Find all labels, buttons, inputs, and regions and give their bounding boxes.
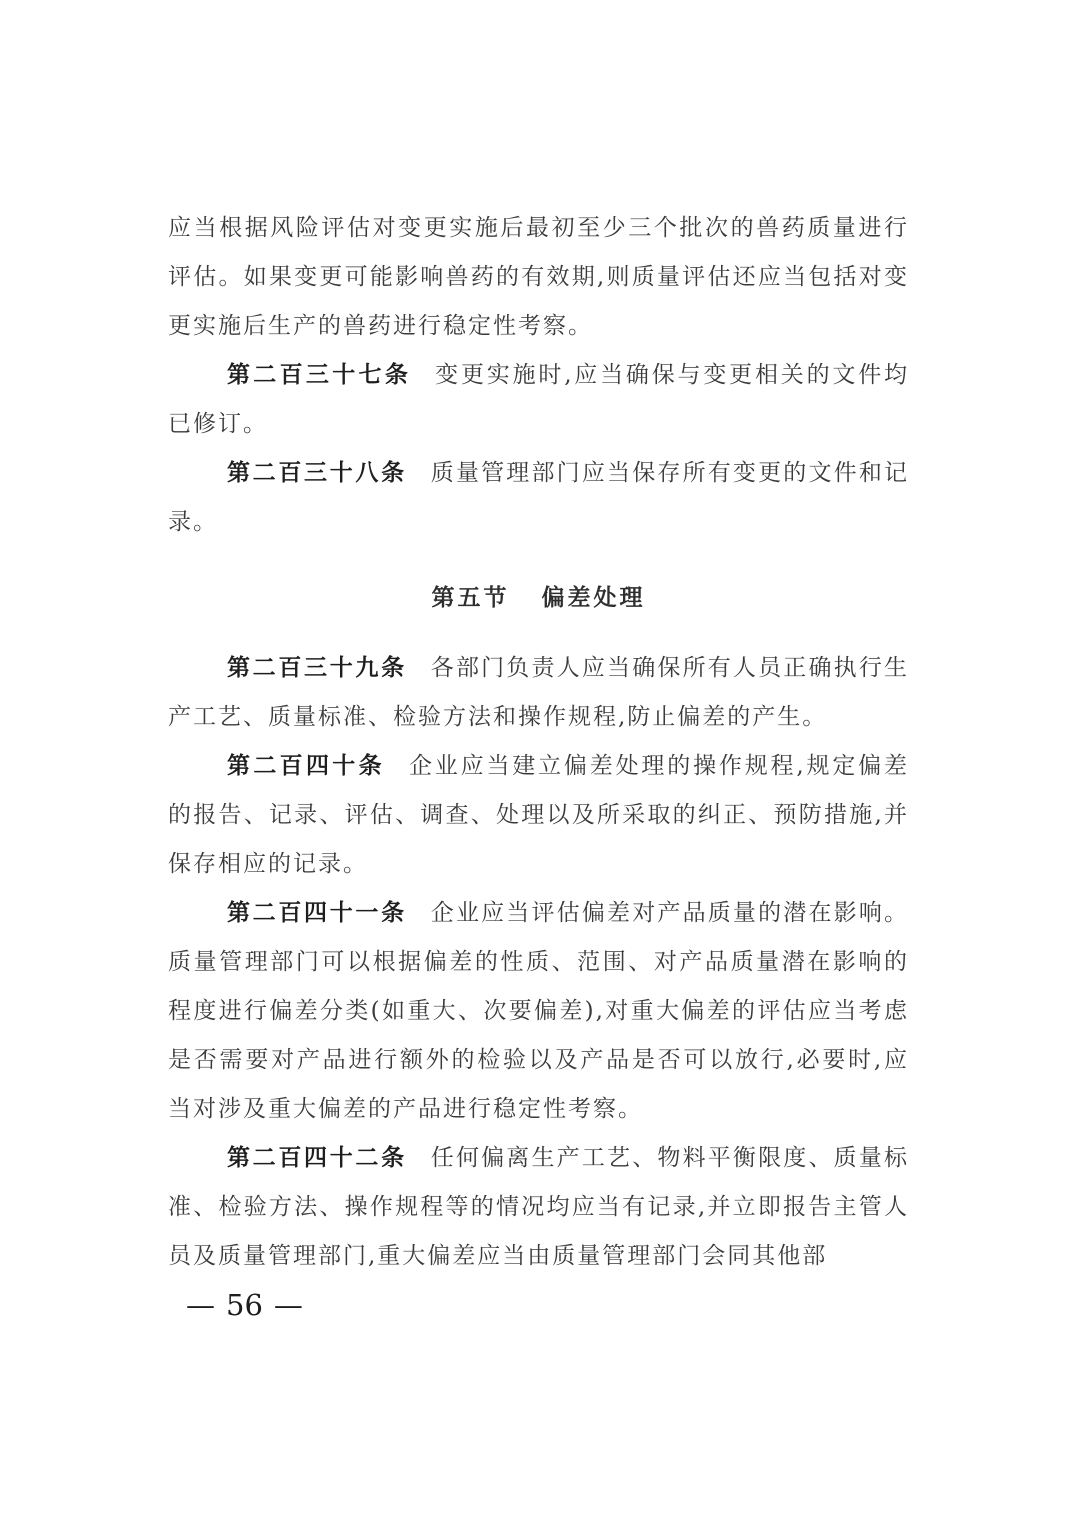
section-heading-title: 偏差处理 [542, 584, 646, 611]
document-page: 应当根据风险评估对变更实施后最初至少三个批次的兽药质量进行评估。如果变更可能影响… [0, 0, 1080, 1529]
article-241-text: 企业应当评估偏差对产品质量的潜在影响。质量管理部门可以根据偏差的性质、范围、对产… [168, 900, 909, 1122]
page-number: 56 [226, 1288, 263, 1322]
article-239-number: 第二百三十九条 [227, 655, 407, 681]
article-240-paragraph: 第二百四十条企业应当建立偏差处理的操作规程,规定偏差的报告、记录、评估、调查、处… [168, 742, 909, 889]
article-238-number: 第二百三十八条 [227, 460, 407, 486]
page-footer: — 56 — [186, 1288, 303, 1322]
footer-left-dash: — [186, 1288, 215, 1322]
article-237-paragraph: 第二百三十七条变更实施时,应当确保与变更相关的文件均已修订。 [168, 351, 909, 449]
article-237-number: 第二百三十七条 [227, 362, 411, 388]
document-content: 应当根据风险评估对变更实施后最初至少三个批次的兽药质量进行评估。如果变更可能影响… [168, 204, 909, 1281]
section-heading-number: 第五节 [432, 584, 510, 611]
article-242-number: 第二百四十二条 [227, 1145, 407, 1171]
article-238-paragraph: 第二百三十八条质量管理部门应当保存所有变更的文件和记录。 [168, 449, 909, 547]
article-240-number: 第二百四十条 [227, 753, 385, 779]
article-239-paragraph: 第二百三十九条各部门负责人应当确保所有人员正确执行生产工艺、质量标准、检验方法和… [168, 644, 909, 742]
article-241-paragraph: 第二百四十一条企业应当评估偏差对产品质量的潜在影响。质量管理部门可以根据偏差的性… [168, 889, 909, 1134]
section-heading: 第五节偏差处理 [168, 573, 909, 622]
article-242-paragraph: 第二百四十二条任何偏离生产工艺、物料平衡限度、质量标准、检验方法、操作规程等的情… [168, 1134, 909, 1281]
paragraph-continuation: 应当根据风险评估对变更实施后最初至少三个批次的兽药质量进行评估。如果变更可能影响… [168, 204, 909, 351]
footer-right-dash: — [274, 1288, 303, 1322]
article-241-number: 第二百四十一条 [227, 900, 407, 926]
